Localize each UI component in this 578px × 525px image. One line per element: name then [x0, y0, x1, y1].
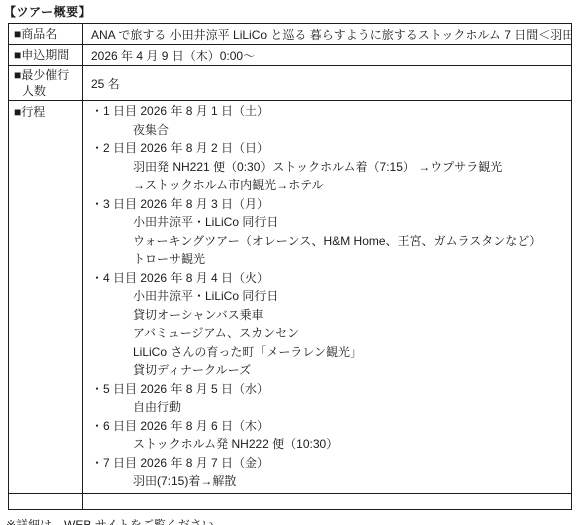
itinerary-line: ・4 日目 2026 年 8 月 4 日（火）	[91, 269, 567, 288]
product-name-value: ANA で旅する 小田井涼平 LiLiCo と巡る 暮らすように旅するストックホ…	[83, 24, 572, 45]
min-participants-label-line2: 人数	[22, 83, 46, 99]
row-label-application-period: ■申込期間	[9, 45, 83, 66]
application-period-value: 2026 年 4 月 9 日（木）0:00～	[83, 45, 572, 66]
itinerary-line: 小田井涼平・LiLiCo 同行日	[91, 287, 567, 306]
itinerary-line: 小田井涼平・LiLiCo 同行日	[91, 213, 567, 232]
itinerary-line: 夜集合	[91, 121, 567, 140]
itinerary-line: LiLiCo さんの育った町「メーラレン観光」	[91, 343, 567, 362]
table-row-application-period: ■申込期間 2026 年 4 月 9 日（木）0:00～	[9, 45, 572, 66]
itinerary-line: ・6 日目 2026 年 8 月 6 日（木）	[91, 417, 567, 436]
min-participants-value: 25 名	[83, 66, 572, 101]
table-row-empty	[9, 493, 572, 509]
itinerary-line: ストックホルム発 NH222 便（10:30）	[91, 435, 567, 454]
row-label-itinerary: ■行程	[9, 101, 83, 494]
table-row-itinerary: ■行程 ・1 日目 2026 年 8 月 1 日（土） 夜集合 ・2 日目 20…	[9, 101, 572, 494]
row-label-min-participants: ■最少催行 人数	[9, 66, 83, 101]
footnote: ※詳細は、WEB サイトをご覧ください。	[6, 516, 578, 525]
document-title: 【ツアー概要】	[4, 3, 578, 20]
itinerary-line: 羽田(7:15)着→解散	[91, 472, 567, 491]
itinerary-line: ウォーキングツアー（オレーンス、H&M Home、王宮、ガムラスタンなど）	[91, 232, 567, 251]
tour-overview-document: 【ツアー概要】 ■商品名 ANA で旅する 小田井涼平 LiLiCo と巡る 暮…	[0, 3, 578, 525]
empty-label-cell	[9, 493, 83, 509]
itinerary-line: ・2 日目 2026 年 8 月 2 日（日）	[91, 139, 567, 158]
itinerary-line: ・3 日目 2026 年 8 月 3 日（月）	[91, 195, 567, 214]
tour-overview-table: ■商品名 ANA で旅する 小田井涼平 LiLiCo と巡る 暮らすように旅する…	[8, 23, 572, 510]
table-row-product-name: ■商品名 ANA で旅する 小田井涼平 LiLiCo と巡る 暮らすように旅する…	[9, 24, 572, 45]
table-row-min-participants: ■最少催行 人数 25 名	[9, 66, 572, 101]
itinerary-line: アバミュージアム、スカンセン	[91, 324, 567, 343]
itinerary-line: 貸切オーシャンバス乗車	[91, 306, 567, 325]
row-label-product-name: ■商品名	[9, 24, 83, 45]
itinerary-line: 自由行動	[91, 398, 567, 417]
itinerary-line: →ストックホルム市内観光→ホテル	[91, 176, 567, 195]
itinerary-line: ・5 日目 2026 年 8 月 5 日（水）	[91, 380, 567, 399]
itinerary-line: ・1 日目 2026 年 8 月 1 日（土）	[91, 102, 567, 121]
itinerary-line: トローサ観光	[91, 250, 567, 269]
itinerary-line: ・7 日目 2026 年 8 月 7 日（金）	[91, 454, 567, 473]
min-participants-label-line1: ■最少催行	[14, 68, 69, 82]
itinerary-line: 貸切ディナークルーズ	[91, 361, 567, 380]
itinerary-line: 羽田発 NH221 便（0:30）ストックホルム着（7:15） →ウプサラ観光	[91, 158, 567, 177]
itinerary-list: ・1 日目 2026 年 8 月 1 日（土） 夜集合 ・2 日目 2026 年…	[83, 101, 572, 494]
empty-value-cell	[83, 493, 572, 509]
